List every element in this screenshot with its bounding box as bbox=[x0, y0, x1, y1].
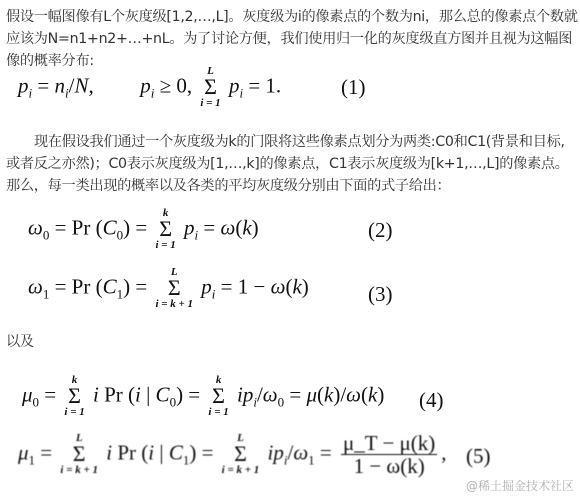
equation-4: μ0 = k Σ i = 1 i Pr (i | C0) = k Σ i = 1… bbox=[22, 375, 384, 418]
summation: k Σ i = 1 bbox=[208, 375, 228, 418]
equation-5: μ1 = L Σ i = k + 1 i Pr (i | C1) = L Σ i… bbox=[18, 432, 447, 477]
watermark: @稀土掘金技术社区 bbox=[466, 477, 574, 494]
equation-number-2: (2) bbox=[368, 218, 393, 243]
threshold-paragraph: 现在假设我们通过一个灰度级为k的门限将这些像素点划分为两类:C0和C1(背景和目… bbox=[6, 131, 578, 197]
summation: L Σ i = k + 1 bbox=[155, 267, 193, 310]
equation-1: pi = ni/N, pi ≥ 0, L Σ i = 1 pi = 1. bbox=[18, 66, 281, 109]
equation-number-4: (4) bbox=[419, 388, 444, 413]
equation-3: ω1 = Pr (C1) = L Σ i = k + 1 pi = 1 − ω(… bbox=[28, 267, 309, 310]
summation: k Σ i = 1 bbox=[64, 375, 84, 418]
equation-2: ω0 = Pr (C0) = k Σ i = 1 pi = ω(k) bbox=[28, 208, 259, 251]
equation-number-3: (3) bbox=[368, 282, 393, 307]
equation-number-5: (5) bbox=[466, 444, 491, 469]
intro-paragraph: 假设一幅图像有L个灰度级[1,2,…,L]。灰度级为i的像素点的个数为ni，那么… bbox=[6, 6, 578, 72]
summation: k Σ i = 1 bbox=[155, 208, 175, 251]
summation: L Σ i = k + 1 bbox=[222, 433, 260, 476]
summation: L Σ i = k + 1 bbox=[60, 433, 98, 476]
fraction: μ_T − μ(k) 1 − ω(k) bbox=[341, 432, 437, 477]
and-label: 以及 bbox=[6, 331, 578, 353]
summation: L Σ i = 1 bbox=[200, 66, 220, 109]
equation-number-1: (1) bbox=[341, 75, 366, 100]
